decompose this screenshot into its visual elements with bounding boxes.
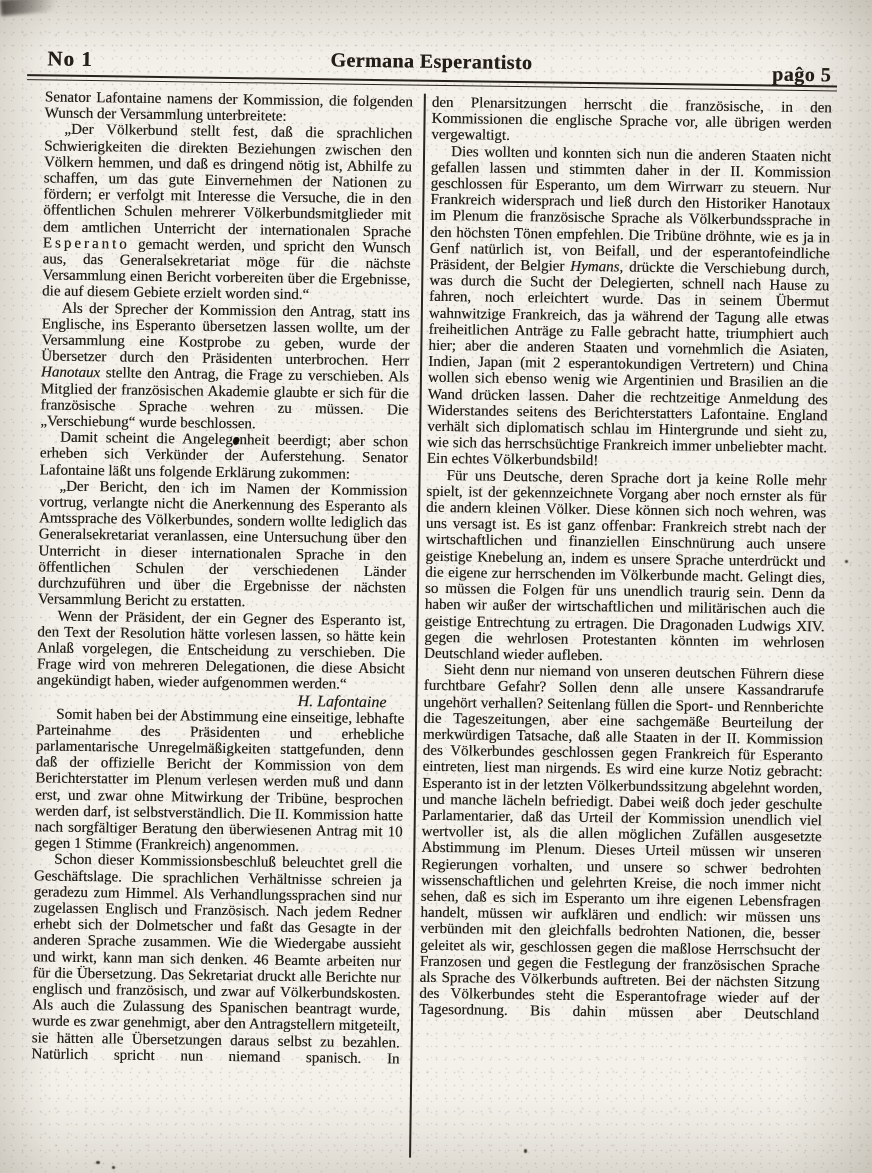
article-column-right: den Plenarsitzungen herrscht die französ…: [417, 95, 832, 1158]
body-text: „Der Bericht, den ich im Namen der Kommi…: [38, 478, 408, 610]
body-text: Sieht denn nur niemand von unseren deuts…: [419, 662, 824, 1024]
letterspaced-text: Esperanto: [43, 235, 130, 252]
body-text: den Plenarsitzungen herrscht die französ…: [431, 95, 832, 144]
page-content: No 1 Germana Esperantisto paĝo 5 Senator…: [2, 12, 846, 1173]
paragraph: Für uns Deutsche, deren Sprache dort ja …: [424, 467, 827, 667]
paragraph: Senator Lafontaine namens der Kommission…: [44, 89, 412, 127]
body-text: Dies wollten und konnten sich nun die an…: [429, 144, 831, 275]
paragraph: den Plenarsitzungen herrscht die französ…: [431, 95, 832, 149]
body-text: Wenn der Präsident, der ein Gegner des E…: [37, 608, 406, 693]
paragraph: Wenn der Präsident, der ein Gegner des E…: [37, 608, 406, 694]
body-text: Damit scheint die Angelegenheit beerdigt…: [39, 430, 408, 482]
page-header: No 1 Germana Esperantisto paĝo 5: [18, 12, 846, 24]
paper-speck: [96, 1161, 100, 1164]
body-text: „Der Völkerbund stellt fest, daß die spr…: [43, 122, 413, 240]
paragraph: „Der Völkerbund stellt fest, daß die spr…: [42, 122, 412, 305]
paragraph: Schon dieser Kommissionsbeschluß beleuch…: [31, 852, 402, 1068]
body-text: Schon dieser Kommissionsbeschluß beleuch…: [31, 852, 402, 1067]
article-column-left: Senator Lafontaine namens der Kommission…: [30, 89, 413, 1152]
emphasized-text: Hanotaux: [41, 365, 100, 382]
body-text: Für uns Deutsche, deren Sprache dort ja …: [424, 468, 827, 664]
paper-speck: [524, 1149, 527, 1153]
paragraph: „Der Bericht, den ich im Namen der Kommi…: [38, 478, 408, 613]
scanned-page: { "page": { "issue": "No 1", "title": "G…: [0, 0, 872, 1173]
emphasized-text: H. Lafontaine: [297, 692, 386, 710]
body-text: Somit haben bei der Abstimmung eine eins…: [34, 706, 404, 855]
paragraph: Sieht denn nur niemand von unseren deuts…: [419, 662, 824, 1024]
body-text: , drückte die Verschiebung durch, was du…: [427, 259, 830, 469]
page-title: Germana Esperantisto: [17, 45, 845, 80]
paper-speck: [845, 560, 848, 563]
emphasized-text: Hymans: [570, 259, 619, 276]
paper-speck: [112, 1166, 115, 1169]
body-text: Als der Sprecher der Kommission den Antr…: [41, 300, 410, 369]
body-text: Senator Lafontaine namens der Kommission…: [44, 89, 412, 125]
paragraph: Damit scheint die Angelegenheit beerdigt…: [39, 430, 408, 484]
paragraph: Dies wollten und konnten sich nun die an…: [427, 143, 831, 473]
paragraph: Als der Sprecher der Kommission den Antr…: [40, 300, 410, 435]
paragraph: Somit haben bei der Abstimmung eine eins…: [34, 706, 404, 857]
